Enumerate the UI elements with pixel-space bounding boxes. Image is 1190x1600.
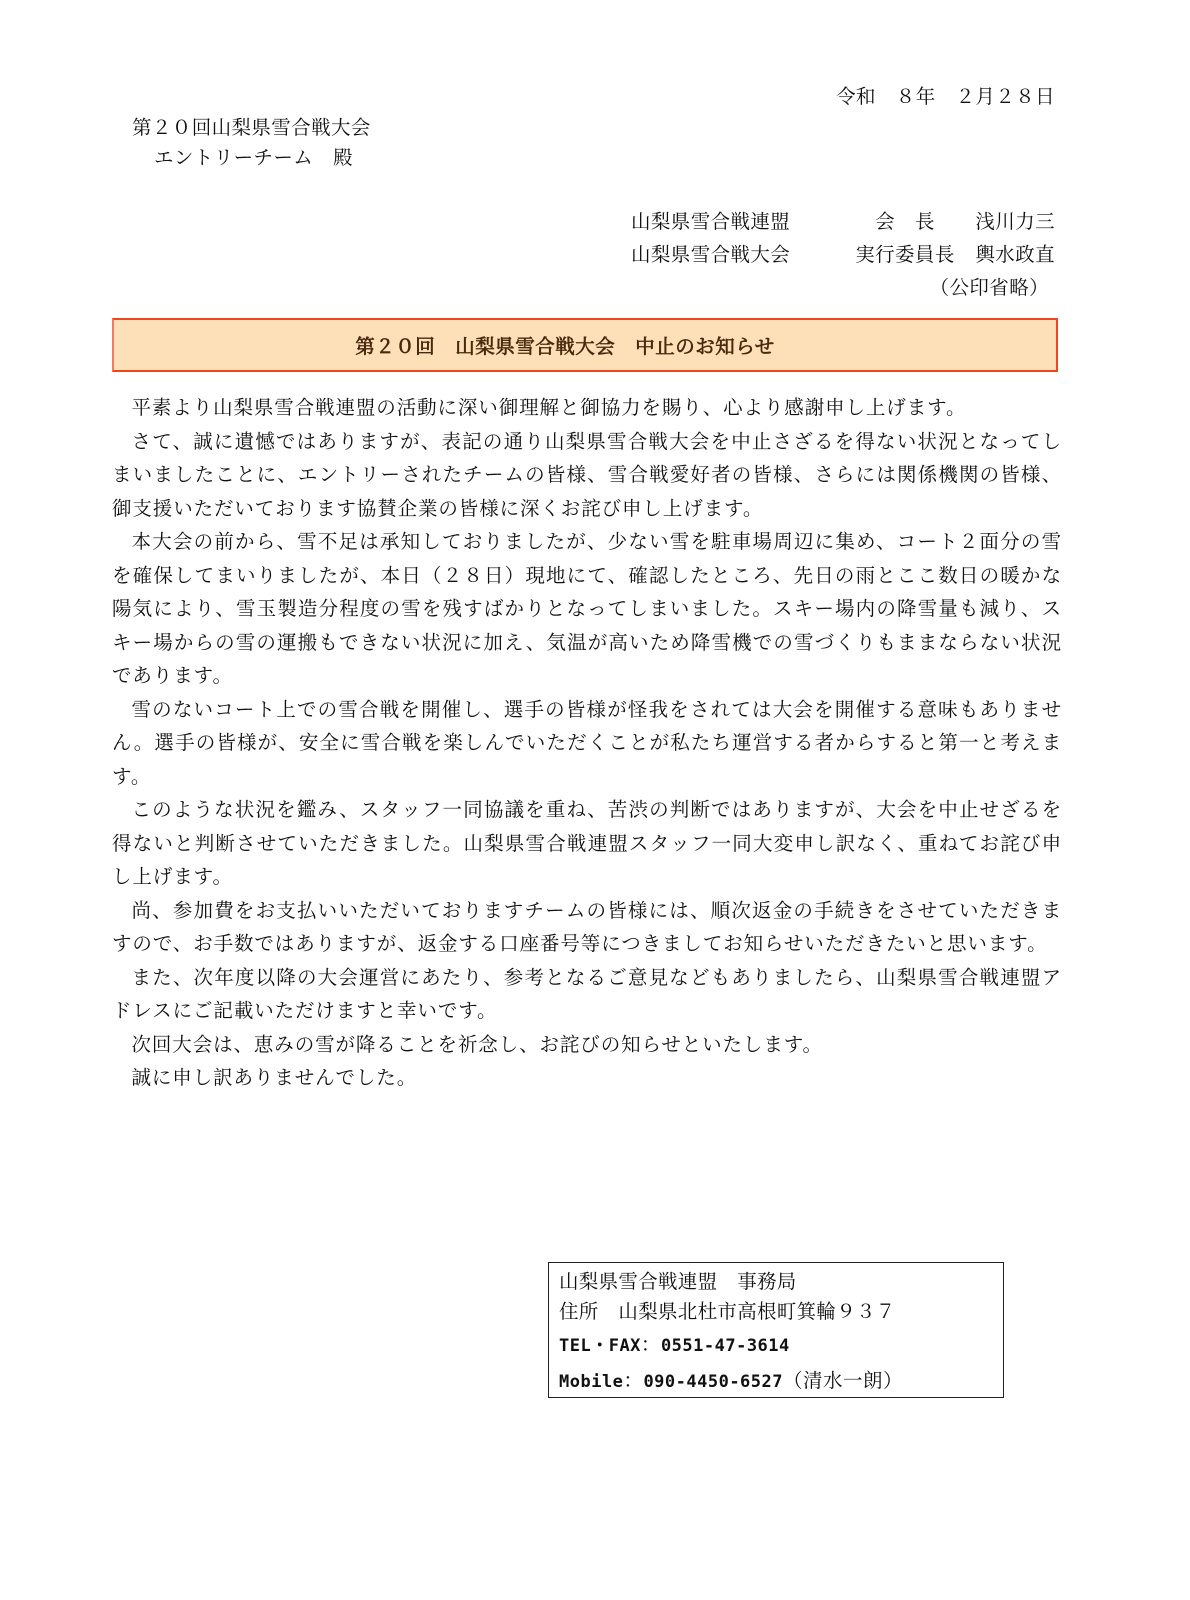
contact-address: 住所 山梨県北杜市高根町箕輪９３７ [559, 1297, 993, 1327]
sender-name: 輿水政直 [967, 238, 1055, 271]
paragraph: このような状況を鑑み、スタッフ一同協議を重ね、苦渋の判断ではありますが、大会を中… [112, 793, 1062, 894]
tel-fax-number: 0551-47-3614 [661, 1336, 790, 1356]
sender-organization: 山梨県雪合戦連盟 [631, 205, 843, 238]
seal-omitted-note: （公印省略） [631, 271, 1055, 304]
sender-row: 山梨県雪合戦大会 実行委員長 輿水政直 [631, 238, 1055, 271]
sender-role: 会 長 [843, 205, 967, 238]
paragraph: さて、誠に遺憾ではありますが、表記の通り山梨県雪合戦大会を中止さざるを得ない状況… [112, 425, 1062, 526]
paragraph: 雪のないコート上での雪合戦を開催し、選手の皆様が怪我をされては大会を開催する意味… [112, 693, 1062, 794]
recipient-addressee: エントリーチーム 殿 [132, 143, 371, 173]
paragraph: 尚、参加費をお支払いいただいておりますチームの皆様には、順次返金の手続きをさせて… [112, 894, 1062, 961]
tel-fax-label: TEL・FAX [559, 1336, 641, 1356]
sender-role: 実行委員長 [843, 238, 967, 271]
paragraph: 誠に申し訳ありませんでした。 [112, 1061, 1062, 1095]
letter-body: 平素より山梨県雪合戦連盟の活動に深い御理解と御協力を賜り、心より感謝申し上げます… [112, 391, 1062, 1095]
paragraph: また、次年度以降の大会運営にあたり、参考となるご意見などもありましたら、山梨県雪… [112, 961, 1062, 1028]
document-title: 第２０回 山梨県雪合戦大会 中止のお知らせ [355, 331, 774, 359]
mobile-contact-person: （清水一朗） [783, 1369, 903, 1392]
contact-office: 山梨県雪合戦連盟 事務局 [559, 1267, 993, 1297]
contact-tel-fax: TEL・FAX：0551-47-3614 [559, 1327, 993, 1363]
sender-organization: 山梨県雪合戦大会 [631, 238, 843, 271]
contact-box: 山梨県雪合戦連盟 事務局 住所 山梨県北杜市高根町箕輪９３７ TEL・FAX：0… [548, 1262, 1004, 1398]
paragraph: 次回大会は、恵みの雪が降ることを祈念し、お詫びの知らせといたします。 [112, 1028, 1062, 1062]
title-banner: 第２０回 山梨県雪合戦大会 中止のお知らせ [112, 318, 1058, 372]
recipient-event: 第２０回山梨県雪合戦大会 [132, 113, 371, 143]
mobile-separator: ： [623, 1369, 643, 1392]
recipient-block: 第２０回山梨県雪合戦大会 エントリーチーム 殿 [132, 113, 371, 173]
sender-name: 浅川力三 [967, 205, 1055, 238]
mobile-number: 090-4450-6527 [643, 1372, 783, 1392]
document-date: 令和 ８年 ２月２８日 [836, 82, 1055, 112]
tel-fax-separator: ： [641, 1333, 661, 1356]
contact-mobile: Mobile：090-4450-6527（清水一朗） [559, 1363, 993, 1399]
paragraph: 本大会の前から、雪不足は承知しておりましたが、少ない雪を駐車場周辺に集め、コート… [112, 525, 1062, 693]
paragraph: 平素より山梨県雪合戦連盟の活動に深い御理解と御協力を賜り、心より感謝申し上げます… [112, 391, 1062, 425]
sender-row: 山梨県雪合戦連盟 会 長 浅川力三 [631, 205, 1055, 238]
sender-block: 山梨県雪合戦連盟 会 長 浅川力三 山梨県雪合戦大会 実行委員長 輿水政直 （公… [631, 205, 1055, 304]
mobile-label: Mobile [559, 1372, 623, 1392]
